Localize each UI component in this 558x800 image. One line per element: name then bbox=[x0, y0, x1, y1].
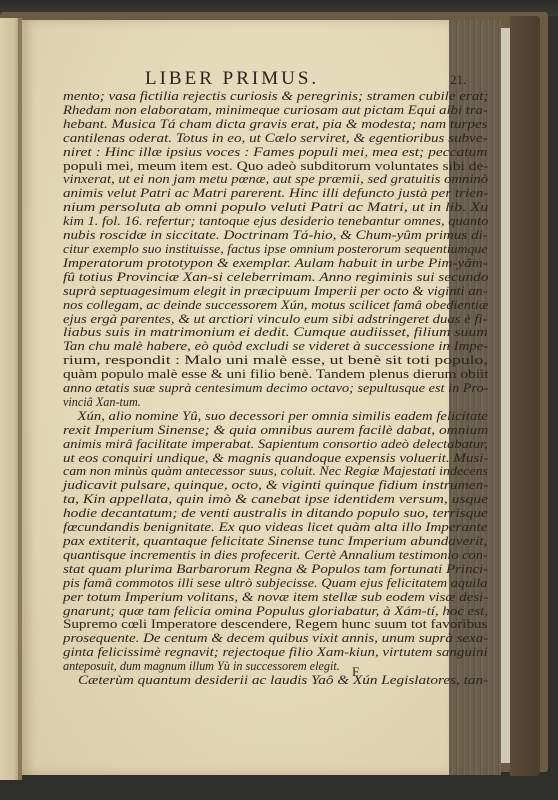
text-line: Rhedam non elaboratam, minimeque curiosa… bbox=[63, 104, 394, 118]
text-line: ejus ergà parentes, & ut arctiori vincul… bbox=[63, 313, 396, 327]
text-line: stat quam plurima Barbarorum Regna & Pop… bbox=[63, 563, 400, 577]
text-line: Xún, alio nomine Yû, suo decessori per o… bbox=[63, 410, 395, 424]
text-line: cantilenas oderat. Totus in eo, ut Cælo … bbox=[63, 132, 404, 146]
text-line: Supremo cœli Imperatore descendere, Rege… bbox=[63, 618, 403, 632]
text-line: anteposuit, dum magnum illum Yù in succe… bbox=[63, 660, 338, 674]
text-line: judicavit pulsare, quinque, octo, & vigi… bbox=[63, 479, 411, 493]
text-line: Tan chu malè habere, eò quòd excludi se … bbox=[63, 340, 399, 354]
text-line: quantisque incrementis in dies profeceri… bbox=[63, 549, 387, 563]
text-line: nubis roscidæ in siccitate. Doctrinam Tá… bbox=[63, 229, 403, 243]
background-bottom bbox=[0, 780, 558, 800]
text-line: vinciâ Xan-tum. bbox=[63, 396, 338, 410]
text-line: fœcundandis benignitate. Ex quo videas l… bbox=[63, 521, 404, 535]
text-line: pis famâ commotos illi sese ultrò subjec… bbox=[63, 577, 387, 591]
book-cover-edge bbox=[510, 16, 540, 776]
page-number: 21. bbox=[450, 72, 466, 88]
text-line: citur exemplo suo instituisse, factus ip… bbox=[63, 243, 376, 257]
text-line: suprà septuagesimum elegit in præcipuum … bbox=[63, 285, 392, 299]
text-line: ginta felicissimè regnavit; rejectoque f… bbox=[63, 646, 401, 660]
text-line: gnarunt; quæ tam felicia omina Populus g… bbox=[63, 605, 400, 619]
text-line: rexit Imperium Sinense; & quia omnibus a… bbox=[63, 424, 409, 438]
text-line: hebant. Musica Tá cham dicta gravis erat… bbox=[63, 118, 403, 132]
text-line: liabus suis in matrimonium ei dedit. Cum… bbox=[63, 326, 418, 340]
text-line: vinxerat, ut ei non jam metu pœnæ, aut s… bbox=[63, 173, 394, 187]
text-line: quàm populo malè esse & uni filio benè. … bbox=[63, 368, 410, 382]
text-line: per totum Imperium volitans, & novæ item… bbox=[63, 591, 402, 605]
text-line: nium persoluta ab omni populo veluti Pat… bbox=[63, 201, 428, 215]
body-text: mento; vasa fictilia rejectis curiosis &… bbox=[63, 90, 338, 688]
text-line: populi mei, meum item est. Quo adeò subd… bbox=[63, 160, 413, 174]
text-line: hodie decantatum; de venti australis in … bbox=[63, 507, 409, 521]
text-line: Imperatorum prototypon & exemplar. Aulam… bbox=[63, 257, 406, 271]
text-line: animis mirâ facilitate imperabat. Sapien… bbox=[63, 438, 389, 452]
text-line: mento; vasa fictilia rejectis curiosis &… bbox=[63, 90, 402, 104]
text-line: prosequente. De centum & decem quibus vi… bbox=[63, 632, 401, 646]
signature-mark: F bbox=[352, 664, 359, 680]
text-line: ut eos conquiri undique, & magnis quando… bbox=[63, 452, 401, 466]
text-line: pax extiterit, quantaque felicitate Sine… bbox=[63, 535, 405, 549]
text-line: nos collegam, ac deinde successorem Xún,… bbox=[63, 299, 387, 313]
text-line: fû totius Provinciæ Xan-si celeberrimam.… bbox=[63, 271, 409, 285]
text-line: cam non minùs quàm antecessor suus, colu… bbox=[63, 465, 378, 479]
text-line: niret : Hinc illæ ipsius voces : Fames p… bbox=[63, 146, 413, 160]
running-title: LIBER PRIMUS. bbox=[145, 68, 319, 90]
text-line: rium, respondit : Malo uni malè esse, ut… bbox=[63, 354, 461, 368]
endpaper-edge bbox=[501, 28, 510, 763]
text-line: kim 1. fol. 16. refertur; tantoque ejus … bbox=[63, 215, 389, 229]
facing-page-edge bbox=[0, 18, 20, 780]
text-line: anno ætatis suæ suprà centesimum decimo … bbox=[63, 382, 386, 396]
text-line: ta, Kin appellata, quin imò & canebat ip… bbox=[63, 493, 415, 507]
text-line: animis velut Patri ac Matri parerent. Hi… bbox=[63, 187, 403, 201]
